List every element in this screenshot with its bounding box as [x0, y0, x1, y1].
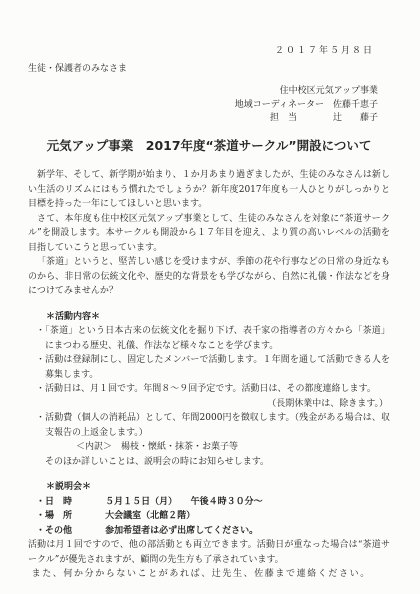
meeting-place-label: ・場 所	[36, 509, 102, 524]
meeting-other-row: ・その他 参加希望者は必ず出席してください。	[36, 524, 390, 539]
closing-paragraph-2: また、何か分からないことがあれば、辻先生、佐藤まで連絡ください。	[28, 567, 390, 582]
sender-organization: 住中校区元気アップ事業	[28, 85, 378, 99]
closing-paragraph-1: 活動は月１回ですので、他の部活動とも両立できます。活動日が重なった場合は“茶道サ…	[28, 538, 390, 567]
fee-breakdown: ＜内訳＞ 楊枝・懐紙・抹茶・お菓子等	[76, 440, 390, 455]
meeting-datetime-row: ・日 時 ５月１５日（月） 午後４時３０分～	[36, 495, 390, 510]
intro-paragraph-3: 「茶道」というと、堅苦しい感じを受けますが、季節の花や行事などの日常の身近なもの…	[28, 255, 390, 299]
more-info-note: そのほか詳しいことは、説明会の時にお知らせします。	[45, 455, 390, 470]
intro-paragraph-1: 新学年、そして、新学期が始まり、１か月あまり過ぎましたが、生徒のみなさんは新しい…	[28, 168, 390, 212]
meeting-datetime-value: ５月１５日（月） 午後４時３０分～	[105, 497, 263, 507]
document-title: 元気アップ事業 2017年度“茶道サークル”開設について	[28, 139, 390, 154]
meeting-other-label: ・その他	[36, 524, 102, 539]
document-page: ２０１７年５月８日 生徒・保護者のみなさま 住中校区元気アップ事業 地域コーディ…	[0, 0, 420, 594]
activity-section-heading: ＊活動内容＊	[46, 310, 390, 325]
activity-bullet-4: ・活動費（個人の消耗品）として、年間2000円を徴収します。（残金がある場合は、…	[36, 411, 390, 440]
activity-bullet-2: ・活動は登録制にし、固定したメンバーで活動します。１年間を通して活動できる人を募…	[36, 353, 390, 382]
activity-bullet-3: ・活動日は、月１回です。年間８～９回予定です。活動日は、その都度連絡します。	[36, 382, 390, 397]
meeting-other-value: 参加希望者は必ず出席してください。	[105, 526, 258, 536]
meeting-section-heading: ＊説明会＊	[46, 480, 390, 495]
sender-staff: 担 当 辻 藤子	[28, 112, 378, 126]
holiday-note: （長期休業中は、除きます。）	[28, 397, 390, 412]
document-date: ２０１７年５月８日	[28, 44, 390, 59]
activity-bullet-1: ・「茶道」という日本古来の伝統文化を掘り下げ、表千家の指導者の方々から「茶道」に…	[36, 324, 390, 353]
addressee-line: 生徒・保護者のみなさま	[28, 62, 390, 77]
intro-paragraph-2: さて、本年度も住中校区元気アップ事業として、生徒のみなさんを対象に“茶道サークル…	[28, 212, 390, 256]
meeting-place-value: 大会議室（北館２階）	[105, 511, 195, 521]
meeting-datetime-label: ・日 時	[36, 495, 102, 510]
sender-coordinator: 地域コーディネーター 佐藤千恵子	[28, 99, 378, 113]
sender-block: 住中校区元気アップ事業 地域コーディネーター 佐藤千恵子 担 当 辻 藤子	[28, 85, 390, 126]
meeting-place-row: ・場 所 大会議室（北館２階）	[36, 509, 390, 524]
